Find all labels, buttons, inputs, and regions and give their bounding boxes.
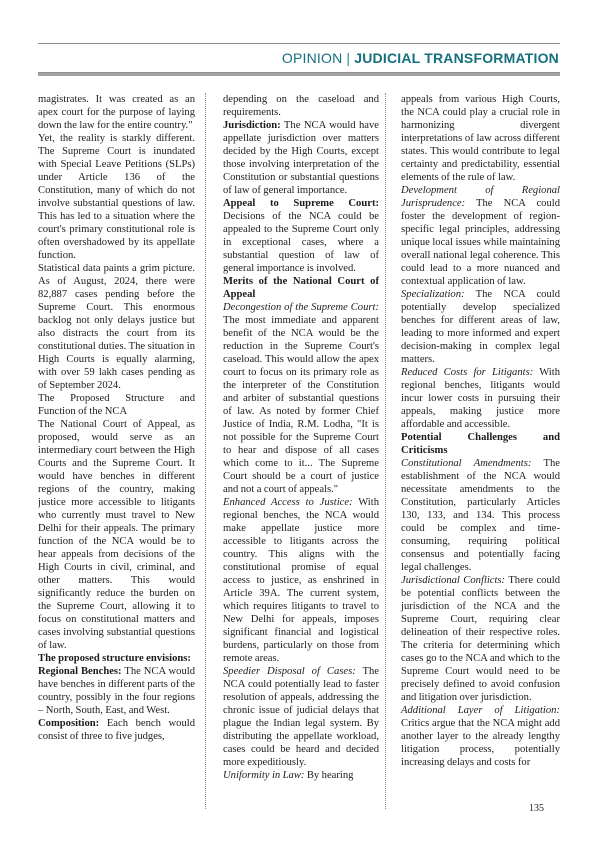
text-column: appeals from various High Courts, the NC… <box>385 93 560 809</box>
text-run: Critics argue that the NCA might add ano… <box>401 718 560 768</box>
header-text: OPINION|JUDICIAL TRANSFORMATION <box>38 44 560 72</box>
paragraph: Additional Layer of Litigation: Critics … <box>401 704 560 769</box>
paragraph: The Proposed Structure and Function of t… <box>38 392 195 418</box>
text-run: The NCA could potentially lead to faster… <box>223 666 379 768</box>
text-run: Reduced Costs for Litigants: <box>401 367 533 378</box>
paragraph: Appeal to Supreme Court: Decisions of th… <box>223 197 379 275</box>
text-run: Composition: <box>38 718 99 729</box>
text-run: Decongestion of the Supreme Court: <box>223 302 379 313</box>
paragraph: The National Court of Appeal, as propose… <box>38 418 195 652</box>
header-section-label: OPINION <box>282 50 343 66</box>
paragraph: magistrates. It was created as an apex c… <box>38 93 195 132</box>
paragraph: Decongestion of the Supreme Court: The m… <box>223 301 379 496</box>
text-run: magistrates. It was created as an apex c… <box>38 94 195 131</box>
header-separator: | <box>342 50 354 66</box>
text-run: depending on the caseload and requiremen… <box>223 94 379 118</box>
text-run: Specialization: <box>401 289 465 300</box>
paragraph: Specialization: The NCA could potentiall… <box>401 288 560 366</box>
text-run: The NCA could foster the development of … <box>401 198 560 287</box>
header-title-label: JUDICIAL TRANSFORMATION <box>354 50 559 66</box>
magazine-page: OPINION|JUDICIAL TRANSFORMATION magistra… <box>0 0 598 842</box>
paragraph: Regional Benches: The NCA would have ben… <box>38 665 195 717</box>
text-run: appeals from various High Courts, the NC… <box>401 94 560 183</box>
paragraph: Constitutional Amendments: The establish… <box>401 457 560 574</box>
paragraph: Development of Regional Jurisprudence: T… <box>401 184 560 288</box>
text-run: Jurisdictional Conflicts: <box>401 575 505 586</box>
paragraph: Uniformity in Law: By hearing <box>223 769 379 782</box>
text-run: The most immediate and apparent benefit … <box>223 315 379 495</box>
text-run: Constitutional Amendments: <box>401 458 531 469</box>
paragraph: Jurisdictional Conflicts: There could be… <box>401 574 560 704</box>
paragraph: Speedier Disposal of Cases: The NCA coul… <box>223 665 379 769</box>
page-number: 135 <box>529 803 544 814</box>
paragraph: The proposed structure envisions: <box>38 652 195 665</box>
text-run: Statistical data paints a grim picture. … <box>38 263 195 391</box>
text-run: Merits of the National Court of Appeal <box>223 276 379 300</box>
text-run: By hearing <box>304 770 353 781</box>
text-column: magistrates. It was created as an apex c… <box>38 93 205 809</box>
article-body: magistrates. It was created as an apex c… <box>38 93 560 809</box>
text-run: The NCA could potentially develop specia… <box>401 289 560 365</box>
paragraph: Enhanced Access to Justice: With regiona… <box>223 496 379 665</box>
paragraph: Merits of the National Court of Appeal <box>223 275 379 301</box>
paragraph: Yet, the reality is starkly different. T… <box>38 132 195 262</box>
text-run: Enhanced Access to Justice: <box>223 497 353 508</box>
text-run: The establishment of the NCA would neces… <box>401 458 560 573</box>
text-run: Potential Challenges and Criticisms <box>401 432 560 456</box>
text-run: Uniformity in Law: <box>223 770 304 781</box>
paragraph: Potential Challenges and Criticisms <box>401 431 560 457</box>
text-run: Regional Benches: <box>38 666 122 677</box>
paragraph: appeals from various High Courts, the NC… <box>401 93 560 184</box>
text-run: Additional Layer of Litigation: <box>401 705 560 716</box>
text-run: The Proposed Structure and Function of t… <box>38 393 195 417</box>
text-run: Jurisdiction: <box>223 120 281 131</box>
paragraph: Reduced Costs for Litigants: With region… <box>401 366 560 431</box>
text-run: With regional benches, the NCA would mak… <box>223 497 379 664</box>
paragraph: Jurisdiction: The NCA would have appella… <box>223 119 379 197</box>
text-run: Appeal to Supreme Court: <box>223 198 379 209</box>
text-run: The NCA would have appellate jurisdictio… <box>223 120 379 196</box>
paragraph: Composition: Each bench would consist of… <box>38 717 195 743</box>
text-column: depending on the caseload and requiremen… <box>205 93 385 809</box>
text-run: The proposed structure envisions: <box>38 653 191 664</box>
header-rule-bottom <box>38 72 560 76</box>
text-run: There could be potential conflicts betwe… <box>401 575 560 703</box>
paragraph: Statistical data paints a grim picture. … <box>38 262 195 392</box>
text-run: Speedier Disposal of Cases: <box>223 666 356 677</box>
paragraph: depending on the caseload and requiremen… <box>223 93 379 119</box>
text-run: Decisions of the NCA could be appealed t… <box>223 211 379 274</box>
text-run: The National Court of Appeal, as propose… <box>38 419 195 651</box>
text-run: Yet, the reality is starkly different. T… <box>38 133 195 261</box>
page-header: OPINION|JUDICIAL TRANSFORMATION <box>38 43 560 76</box>
